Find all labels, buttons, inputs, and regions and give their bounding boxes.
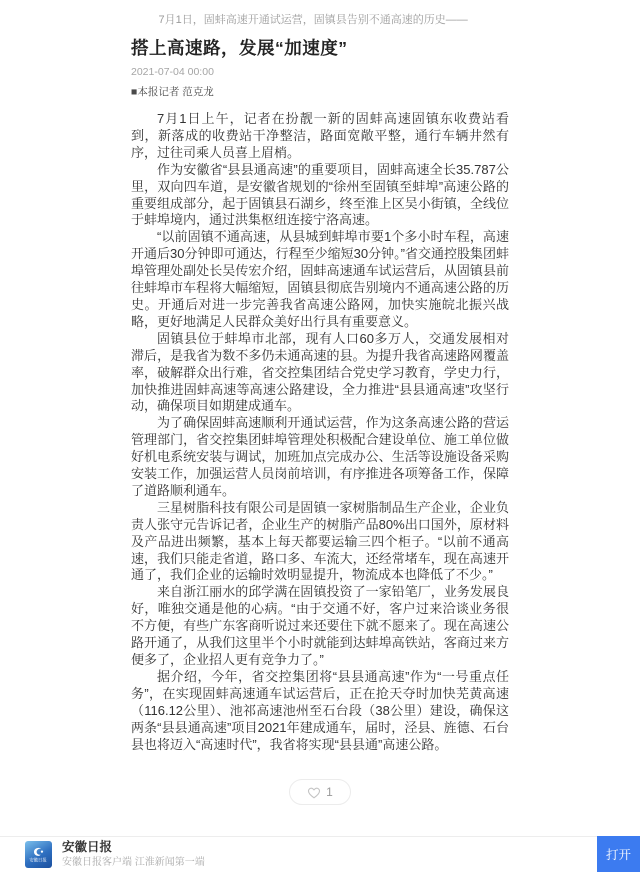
like-row: 1	[131, 779, 509, 805]
like-count: 1	[326, 785, 333, 799]
author-byline: ■本报记者 范克龙	[131, 84, 509, 99]
article-paragraph: 三星树脂科技有限公司是固镇一家树脂制品生产企业，企业负责人张守元告诉记者，企业生…	[131, 500, 509, 585]
logo-swirl-icon	[31, 845, 46, 858]
logo-caption: 安徽日报	[30, 859, 47, 863]
article-paragraph: 7月1日上午，记者在扮靓一新的固蚌高速固镇东收费站看到，新落成的收费站干净整洁，…	[131, 111, 509, 162]
article-body: 7月1日上午，记者在扮靓一新的固蚌高速固镇东收费站看到，新落成的收费站干净整洁，…	[131, 111, 509, 753]
open-app-button[interactable]: 打开	[597, 836, 640, 872]
article-paragraph: 固镇县位于蚌埠市北部，现有人口60多万人，交通发展相对滞后，是我省为数不多仍未通…	[131, 331, 509, 416]
article-title: 搭上高速路，发展“加速度”	[131, 37, 509, 59]
news-article-page: 7月1日，固蚌高速开通试运营，固镇县告别不通高速的历史—— 搭上高速路，发展“加…	[0, 0, 640, 872]
publish-date: 2021-07-04 00:00	[131, 66, 509, 78]
article-paragraph: 据介绍，今年，省交控集团将“县县通高速”作为“一号重点任务”，在实现固蚌高速通车…	[131, 669, 509, 754]
app-info: 安徽日报 安徽日报客户端 江淮新闻第一端	[62, 841, 205, 868]
article-paragraph: 作为安徽省“县县通高速”的重要项目，固蚌高速全长35.787公里，双向四车道，是…	[131, 162, 509, 230]
app-name: 安徽日报	[62, 841, 205, 855]
heart-icon	[307, 786, 321, 799]
anhui-daily-logo: 安徽日报	[25, 841, 52, 868]
article-paragraph: “以前固镇不通高速，从县城到蚌埠市要1个多小时车程，高速开通后30分钟即可通达，…	[131, 229, 509, 330]
article-paragraph: 来自浙江丽水的邱学满在固镇投资了一家铅笔厂，业务发展良好，唯独交通是他的心病。“…	[131, 584, 509, 669]
app-download-banner: 安徽日报 安徽日报 安徽日报客户端 江淮新闻第一端 打开	[0, 836, 640, 872]
article-kicker: 7月1日，固蚌高速开通试运营，固镇县告别不通高速的历史——	[131, 13, 509, 27]
article-paragraph: 为了确保固蚌高速顺利开通试运营，作为这条高速公路的营运管理部门，省交控集团蚌埠管…	[131, 415, 509, 500]
like-button[interactable]: 1	[289, 779, 351, 805]
article: 7月1日，固蚌高速开通试运营，固镇县告别不通高速的历史—— 搭上高速路，发展“加…	[131, 0, 509, 805]
app-slogan: 安徽日报客户端 江淮新闻第一端	[62, 857, 205, 868]
